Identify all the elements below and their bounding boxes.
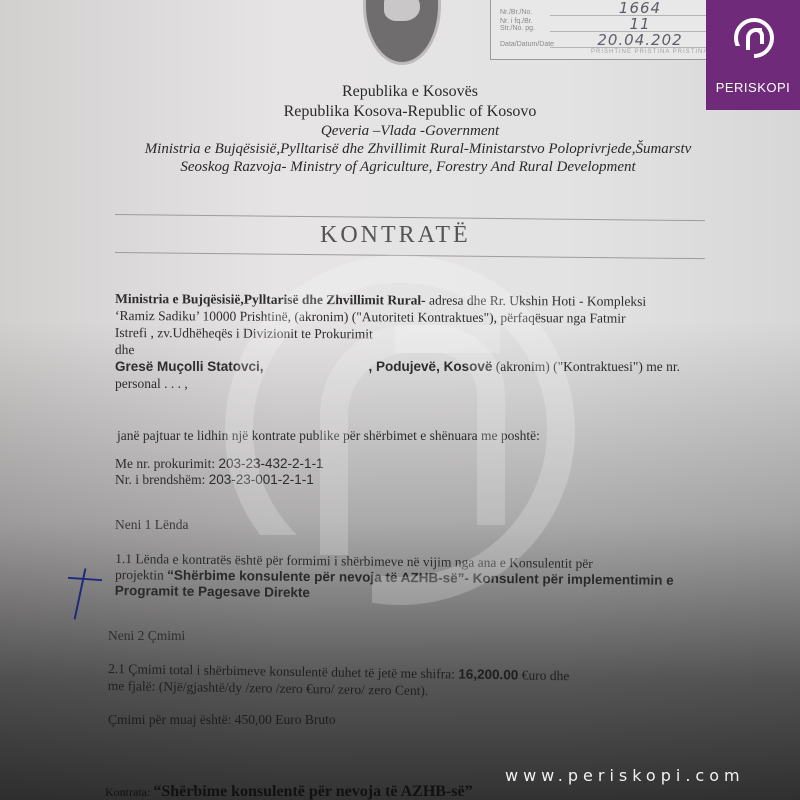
header-republic-multi: Republika Kosova-Republic of Kosovo (10, 103, 800, 121)
stamp-row-date: Data/Datum/Date20.04.202 (500, 33, 730, 48)
contractor-personal-id: personal . . . , (115, 376, 188, 391)
stamp-row-pages: Nr. i fq./Br. Str./No. pg.11 (500, 17, 730, 32)
total-amount: 16,200.00 (458, 667, 518, 683)
header-republic-sq: Republika e Kosovës (10, 83, 800, 101)
document-title: KONTRATË (320, 222, 471, 249)
article-2-heading: Neni 2 Çmimi (108, 628, 185, 644)
website-url: www.periskopi.com (505, 766, 745, 785)
contract-footer: Kontrata: “Shërbime konsulentë për nevoj… (105, 783, 473, 800)
logo-r-arc (754, 28, 764, 44)
stamp-row-number: Nr./Br./No.1664 (500, 1, 730, 16)
article-2-text: 2.1 Çmimi total i shërbimeve konsulentë … (108, 660, 570, 701)
monthly-price: Çmimi për muaj është: 450,00 Euro Bruto (108, 712, 336, 728)
logo-brand-text: PERISKOPI (706, 80, 800, 95)
monthly-amount: 450,00 Euro Bruto (235, 712, 336, 727)
header-government: Qeveria –Vlada -Government (10, 123, 800, 140)
article-1-heading: Neni 1 Lënda (115, 517, 188, 533)
header-ministry-en: Seoskog Razvoja- Ministry of Agriculture… (8, 159, 800, 176)
registry-stamp: Nr./Br./No.1664 Nr. i fq./Br. Str./No. p… (490, 0, 737, 60)
watermark-r-arc (395, 325, 505, 525)
kosovo-map-icon (384, 0, 420, 21)
header-ministry: Ministria e Bujqësisië,Pylltarisë dhe Zh… (18, 141, 800, 158)
periskopi-logo: PERISKOPI (706, 0, 800, 110)
conjunction: dhe (115, 342, 135, 357)
stamp-footer: PRISHTINË PRISTINA PRISTINA (591, 49, 708, 55)
